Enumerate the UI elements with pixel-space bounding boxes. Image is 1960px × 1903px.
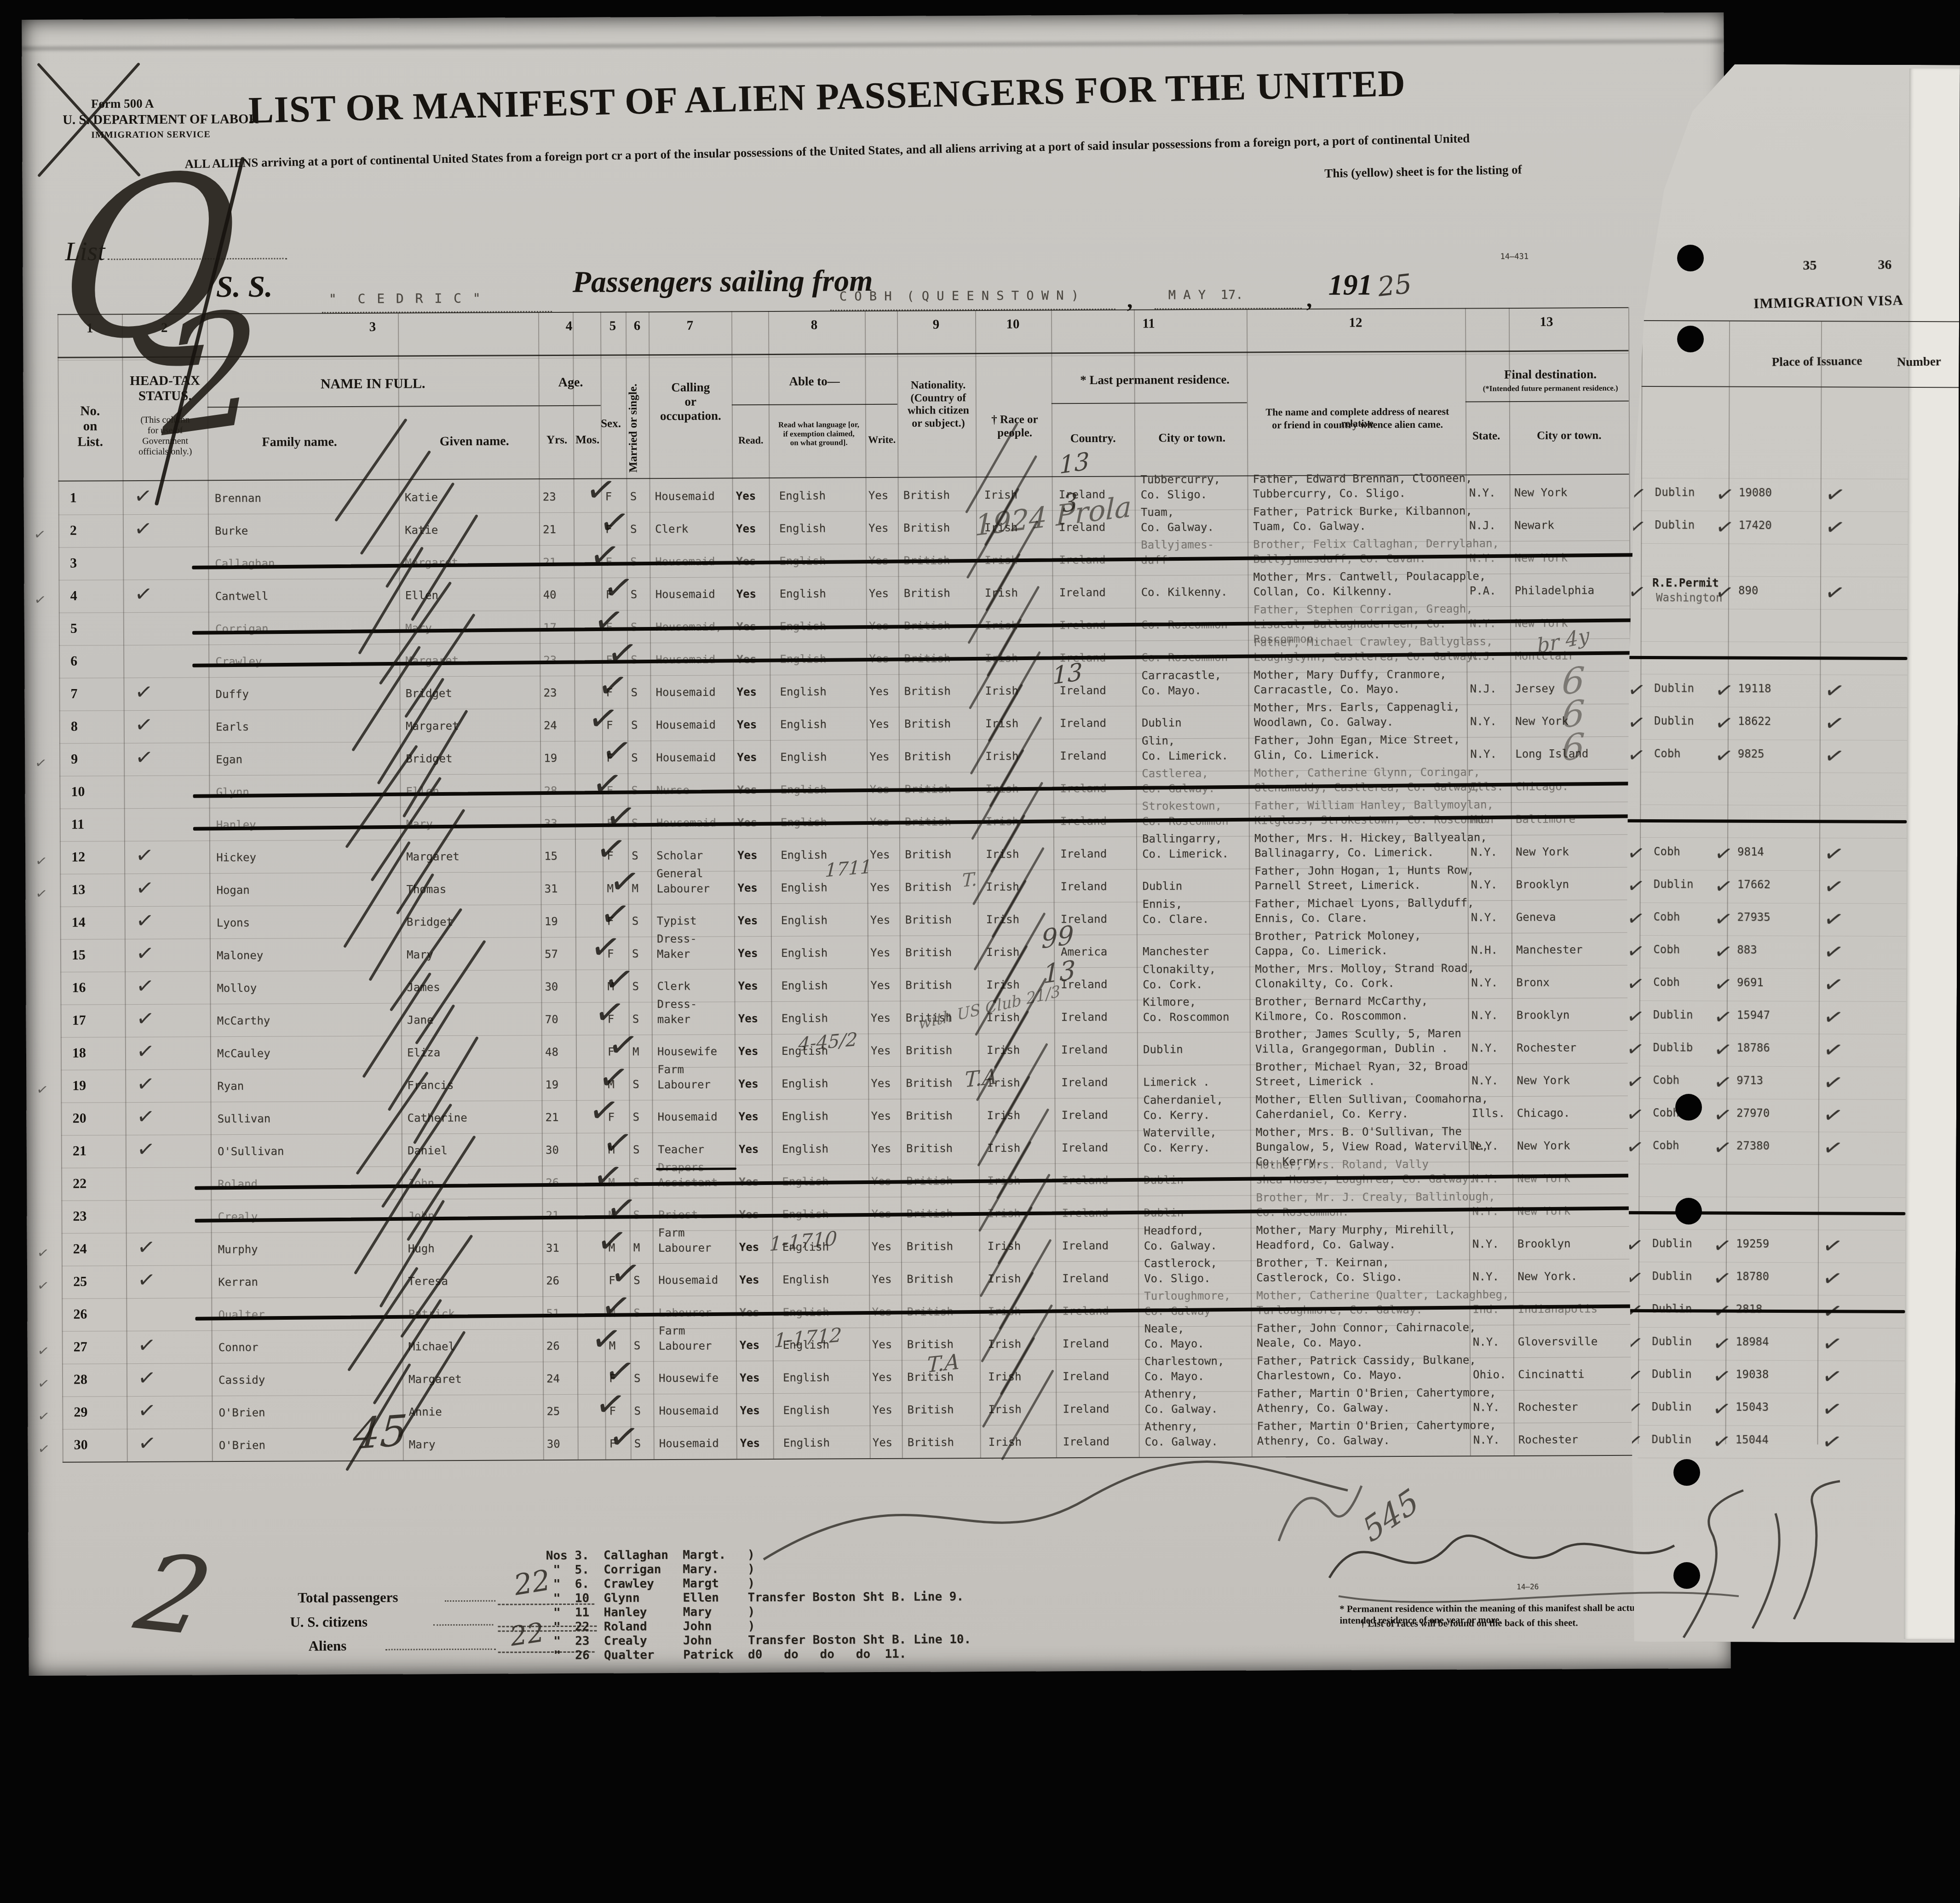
handwritten-r1-13: 13 [1059, 448, 1090, 480]
handwritten-r18-445: 4-45/2 [798, 1029, 858, 1056]
handwritten-r28-45: 45 [351, 1406, 408, 1459]
hole-punch [1673, 1562, 1700, 1589]
handwritten-r15-99: 99 [1041, 920, 1074, 955]
handwritten-r27-TA: T.A [926, 1349, 960, 1377]
handwritten-r4-scrawl: 1924 Prola [975, 489, 1132, 543]
handwritten-loop-3: 6 [1561, 726, 1586, 770]
handwritten-r27-1712: 1-1712 [773, 1323, 842, 1352]
handwritten-br4y: br 4y [1536, 624, 1590, 659]
handwritten-r13-T: T. [961, 868, 977, 891]
handwritten-r13-1711: 1711 [825, 856, 873, 881]
hole-punch [1677, 326, 1704, 352]
handwritten-q2: 2 [162, 275, 260, 473]
handwritten-annotations: Q2133139913451924 Prola1711T.4-45/2with … [0, 0, 1960, 1903]
handwritten-n545: 545 [1357, 1481, 1425, 1550]
handwritten-r7-13: 13 [1052, 658, 1083, 690]
handwritten-r24-1710: 1-1710 [769, 1227, 838, 1255]
handwritten-r19-TA: T.A [964, 1064, 998, 1092]
hole-punch [1675, 1198, 1702, 1225]
handwritten-big2: 2 [126, 1532, 223, 1659]
hole-punch [1675, 1094, 1702, 1121]
hole-punch [1677, 245, 1704, 271]
handwritten-r18-club: with US Club 21/3 [918, 982, 1061, 1034]
hole-punch [1673, 1459, 1700, 1486]
scanned-manifest-page: Form 500 A U. S. DEPARTMENT OF LABOR IMM… [0, 0, 1960, 1903]
